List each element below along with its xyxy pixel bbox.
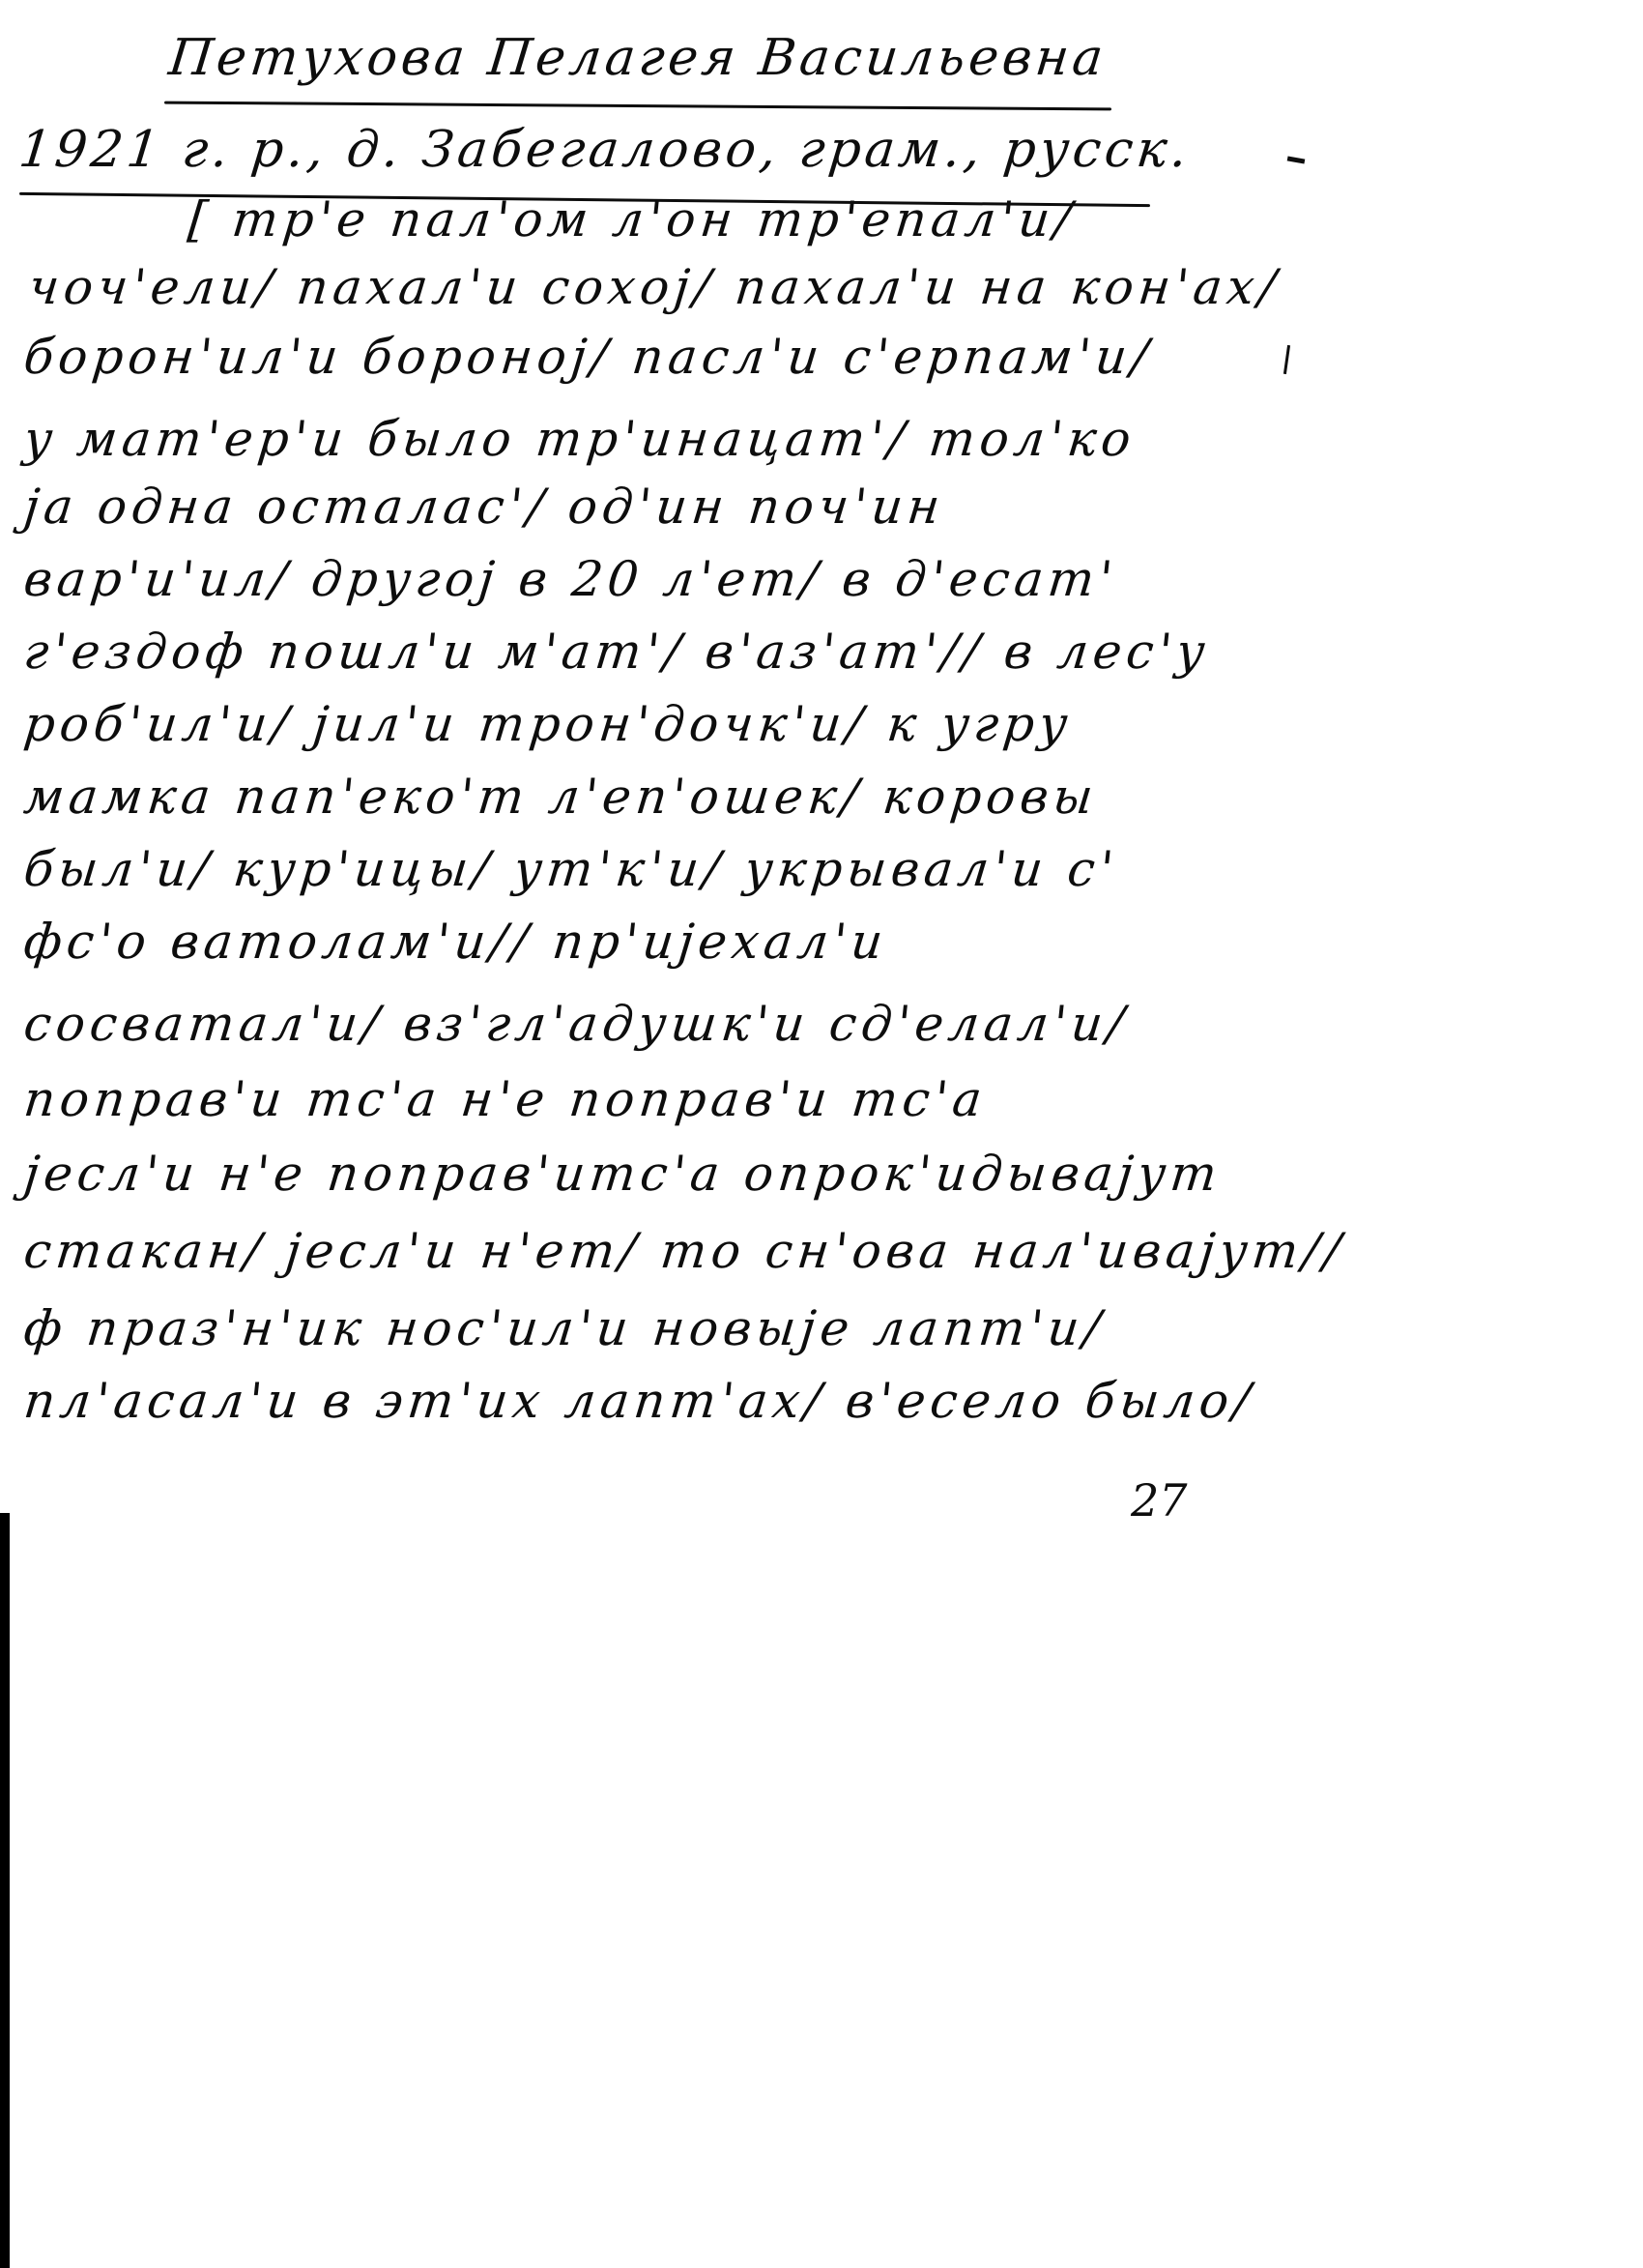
text-line-1: [ тр'е пал'ом л'он тр'епал'и/ xyxy=(186,191,1079,247)
page-number: 27 xyxy=(1131,1474,1188,1527)
text-line-13: поправ'и тс'а н'е поправ'и тс'а xyxy=(21,1071,990,1127)
text-line-12: сосватал'и/ вз'гл'адушк'и сд'елал'и/ xyxy=(21,996,1132,1052)
scan-edge-bar xyxy=(0,1513,10,2268)
header-name: Петухова Пелагея Васильевна xyxy=(166,29,1110,87)
text-line-5: ја одна осталас'/ од'ин поч'ин xyxy=(21,479,947,535)
text-line-17: пл'асал'и в эт'их лапт'ах/ в'есело было/ xyxy=(21,1373,1257,1429)
text-line-9: мамка пап'еко'т л'еп'ошек/ коровы xyxy=(21,769,1101,825)
text-line-8: роб'ил'и/ јил'и трон'дочк'и/ к угру xyxy=(21,696,1075,752)
header-info: 1921 г. р., д. Забегалово, грам., русск. xyxy=(16,121,1194,179)
text-line-15: стакан/ јесл'и н'ет/ то сн'ова нал'ивају… xyxy=(21,1223,1348,1279)
text-line-10: был'и/ кур'ицы/ ут'к'и/ укрывал'и с' xyxy=(21,841,1121,897)
text-line-6: вар'и'ил/ другој в 20 л'ет/ в д'есат' xyxy=(21,551,1120,607)
margin-mark xyxy=(1287,156,1306,163)
text-line-4: у мат'ер'и было тр'инацат'/ тол'ко xyxy=(21,411,1139,467)
manuscript-page: Петухова Пелагея Васильевна 1921 г. р., … xyxy=(0,0,1643,2268)
text-line-14: јесл'и н'е поправ'итс'а опрок'идывајут xyxy=(21,1146,1225,1202)
text-line-2: чоч'ели/ пахал'и сохој/ пахал'и на кон'а… xyxy=(26,259,1283,315)
text-line-11: фс'о ватолам'и// пр'ијехал'и xyxy=(21,914,890,970)
text-line-3: борон'ил'и бороној/ пасл'и с'ерпам'и/ xyxy=(21,329,1156,385)
text-line-16: ф праз'н'ик нос'ил'и новыје лапт'и/ xyxy=(21,1300,1108,1356)
margin-mark xyxy=(1283,345,1290,374)
header-name-underline xyxy=(164,102,1111,111)
text-line-7: г'ездоф пошл'и м'ат'/ в'аз'ат'// в лес'у xyxy=(21,624,1212,680)
